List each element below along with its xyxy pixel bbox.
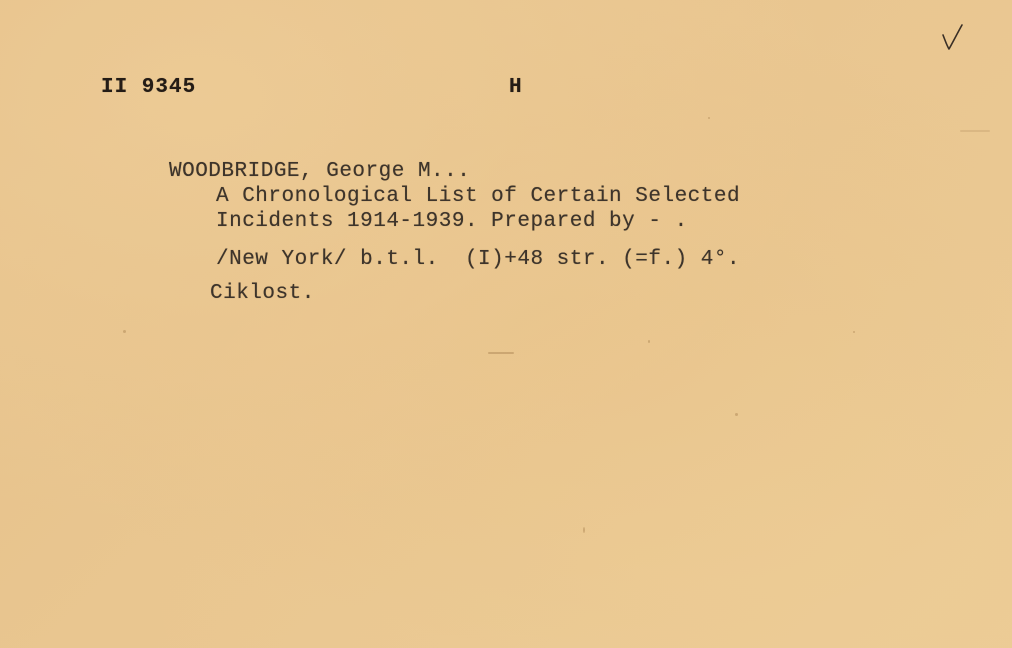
author-heading: WOODBRIDGE, George M... (169, 160, 470, 183)
call-number: II 9345 (101, 76, 196, 99)
check-mark-icon (940, 22, 966, 52)
paper-speck (648, 340, 650, 343)
paper-speck (708, 117, 710, 119)
title-line-1: A Chronological List of Certain Selected (216, 185, 740, 208)
paper-speck (853, 331, 855, 333)
paper-speck (123, 330, 126, 333)
note-line: Ciklost. (210, 282, 315, 305)
paper-speck (960, 130, 990, 132)
paper-speck (488, 352, 514, 354)
location-mark: H (509, 76, 522, 99)
title-line-2: Incidents 1914-1939. Prepared by - . (216, 210, 688, 233)
imprint-line: /New York/ b.t.l. (I)+48 str. (=f.) 4°. (216, 248, 740, 271)
paper-speck (735, 413, 738, 416)
catalog-card: II 9345 H WOODBRIDGE, George M... A Chro… (0, 0, 1012, 648)
paper-speck (583, 527, 585, 533)
